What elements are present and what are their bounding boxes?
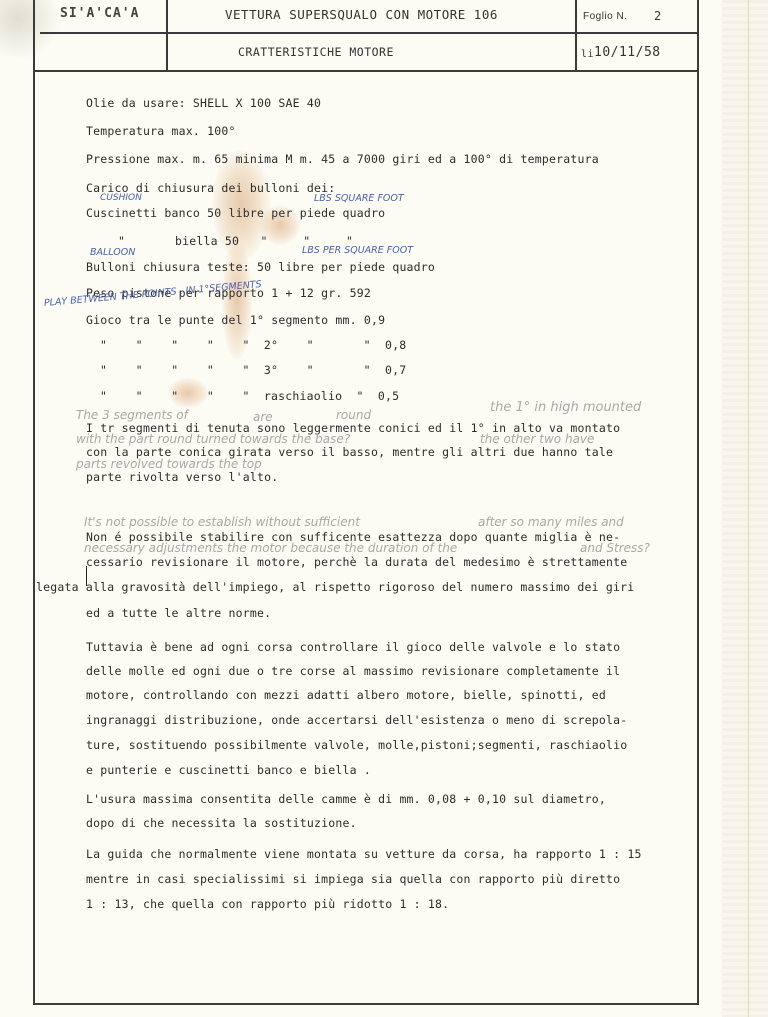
text-line: Cuscinetti banco 50 libre per piede quad… (86, 206, 385, 220)
header-rule (35, 70, 699, 72)
text-line: 1 : 13, che quella con rapporto più rido… (86, 897, 449, 911)
text-line: mentre in casi specialissimi si impiega … (86, 872, 620, 886)
text-line: cessario revisionare il motore, perchè l… (86, 555, 627, 569)
handwritten-note: LBS SQUARE FOOT (314, 193, 404, 204)
text-line: Pressione max. m. 65 minima M m. 45 a 70… (86, 152, 599, 166)
handwritten-note: LBS PER SQUARE FOOT (302, 245, 413, 256)
text-line: " " " " " raschiaolio " 0,5 (100, 389, 399, 403)
handwritten-note: CUSHION (100, 193, 142, 203)
text-line: ed a tutte le altre norme. (86, 606, 271, 620)
text-line: legata alla gravosità dell'impiego, al r… (36, 580, 634, 594)
header-rule (40, 32, 698, 34)
document-date: 10/11/58 (594, 45, 661, 60)
document-page: SI'A'CA'A VETTURA SUPERSQUALO CON MOTORE… (0, 0, 768, 1017)
date-prefix: li (581, 49, 594, 60)
text-line: Olie da usare: SHELL X 100 SAE 40 (86, 96, 321, 110)
text-line: ingranaggi distribuzione, onde accertars… (86, 713, 627, 727)
text-line: e punterie e cuscinetti banco e biella . (86, 763, 371, 777)
text-line: " " " " " 2° " " 0,8 (100, 338, 406, 352)
handwritten-note: the other two have (480, 432, 594, 446)
text-cursor (86, 566, 87, 586)
text-line: L'usura massima consentita delle camme è… (86, 792, 606, 806)
handwritten-note: are (253, 410, 273, 424)
page-edge (722, 0, 768, 1017)
text-line: delle molle ed ogni due o tre corse al m… (86, 664, 620, 678)
text-line: ture, sostituendo possibilmente valvole,… (86, 738, 627, 752)
text-line: La guida che normalmente viene montata s… (86, 847, 642, 861)
sheet-label: Foglio N. (583, 11, 628, 22)
text-line: dopo di che necessita la sostituzione. (86, 816, 357, 830)
header-divider (166, 0, 168, 70)
document-title: VETTURA SUPERSQUALO CON MOTORE 106 (225, 7, 498, 22)
text-line: motore, controllando con mezzi adatti al… (86, 688, 606, 702)
header-divider (575, 0, 577, 70)
text-line: parte rivolta verso l'alto. (86, 470, 278, 484)
handwritten-note: BALLOON (90, 247, 135, 258)
handwritten-note: and Stress? (580, 541, 650, 555)
handwritten-note: with the part round turned towards the b… (76, 432, 350, 446)
handwritten-note: necessary adjustments the motor because … (84, 541, 457, 555)
company-logo: SI'A'CA'A (60, 6, 139, 21)
sheet-number: 2 (654, 9, 662, 23)
text-line: Gioco tra le punte del 1° segmento mm. 0… (86, 313, 385, 327)
text-line: " " " " " 3° " " 0,7 (100, 363, 406, 377)
text-line: Bulloni chiusura teste: 50 libre per pie… (86, 260, 435, 274)
handwritten-note: parts revolved towards the top (76, 457, 262, 471)
text-line: Tuttavia è bene ad ogni corsa controllar… (86, 640, 620, 654)
text-line: Temperatura max. 100° (86, 124, 236, 138)
handwritten-note: round (336, 408, 371, 422)
handwritten-note: after so many miles and (478, 515, 624, 529)
document-subtitle: CRATTERISTICHE MOTORE (238, 45, 394, 59)
handwritten-note: the 1° in high mounted (490, 400, 641, 415)
handwritten-note: It's not possible to establish without s… (84, 515, 360, 529)
handwritten-note: The 3 segments of (76, 408, 188, 422)
